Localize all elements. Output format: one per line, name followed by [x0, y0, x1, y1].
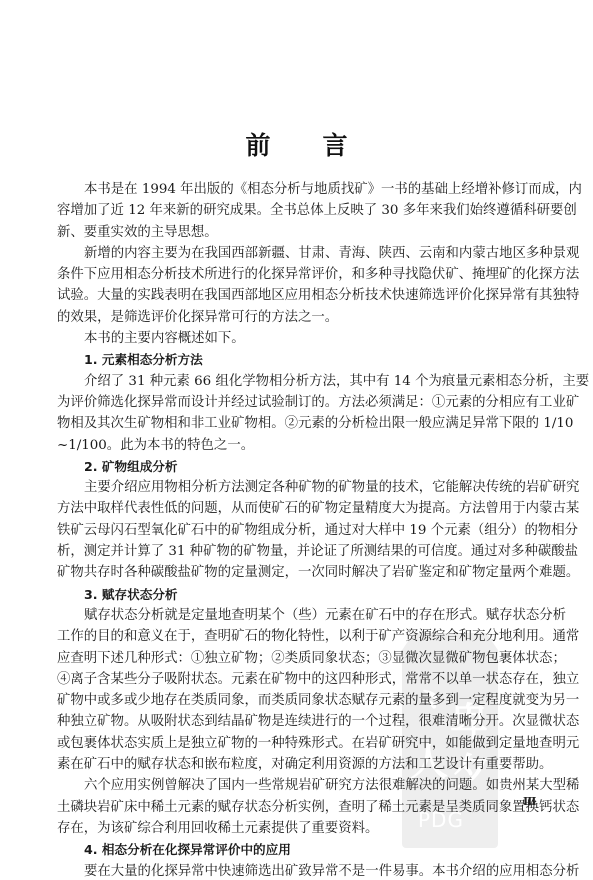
- text-line: 介绍了 31 种元素 66 组化学物相分析方法，其中有 14 个为痕量元素相态分…: [57, 371, 543, 392]
- text-line: 析，测定并计算了 31 种矿物的矿物量，并论证了所测结果的可信度。通过对多种碳酸…: [57, 541, 543, 562]
- text-line: 容增加了近 12 年来新的研究成果。全书总体上反映了 30 多年来我们始终遵循科…: [57, 200, 543, 221]
- section-heading: 2. 矿物组成分析: [57, 456, 543, 477]
- section-heading: 3. 赋存状态分析: [57, 584, 543, 605]
- text-line: 赋存状态分析就是定量地查明某个（些）元素在矿石中的存在形式。赋存状态分析: [57, 605, 543, 626]
- section-text: 主要介绍应用物相分析方法测定各种矿物的矿物量的技术，它能解决传统的岩矿研究方法中…: [57, 477, 543, 583]
- section-3: 3. 赋存状态分析 赋存状态分析就是定量地查明某个（些）元素在矿石中的存在形式。…: [57, 584, 543, 840]
- section-heading: 4. 相态分析在化探异常评价中的应用: [57, 839, 543, 860]
- text-line: 种独立矿物。从吸附状态到结晶矿物是连续进行的一个过程，很难清晰分开。次显微状态: [57, 711, 543, 732]
- text-line: 铁矿云母闪石型氧化矿石中的矿物组成分析，通过对大样中 19 个元素（组分）的物相…: [57, 520, 543, 541]
- text-line: 六个应用实例曾解决了国内一些常规岩矿研究方法很难解决的问题。如贵州某大型稀: [57, 775, 543, 796]
- section-heading: 1. 元素相态分析方法: [57, 349, 543, 370]
- page-title: 前言: [0, 131, 593, 161]
- text-line: 本书是在 1994 年出版的《相态分析与地质找矿》一书的基础上经增补修订而成，内: [57, 179, 543, 200]
- text-line: 矿物共存时各种碳酸盐矿物的定量测定，一次同时解决了岩矿鉴定和矿物定量两个难题。: [57, 562, 543, 583]
- text-line: 素在矿石中的赋存状态和嵌布粒度，对确定利用资源的方法和工艺设计有重要帮助。: [57, 754, 543, 775]
- page-number: Ⅲ: [523, 795, 536, 808]
- intro-paragraphs: 本书是在 1994 年出版的《相态分析与地质找矿》一书的基础上经增补修订而成，内…: [57, 179, 543, 349]
- text-line: 新、要重实效的主导思想。: [57, 222, 543, 243]
- book-page: ⺀ 卑 人 夕 PDG 前言 本书是在 1994 年出版的《相态分析与地质找矿》…: [0, 0, 593, 880]
- text-line: 主要介绍应用物相分析方法测定各种矿物的矿物量的技术，它能解决传统的岩矿研究: [57, 477, 543, 498]
- text-line: 方法中取样代表性低的问题，从而使矿石的矿物定量精度大为提高。方法曾用于内蒙古某: [57, 498, 543, 519]
- section-text: 要在大量的化探异常中快速筛选出矿致异常不是一件易事。本书介绍的应用相态分析: [57, 861, 543, 880]
- section-text: 介绍了 31 种元素 66 组化学物相分析方法，其中有 14 个为痕量元素相态分…: [57, 371, 543, 456]
- preface-body: 本书是在 1994 年出版的《相态分析与地质找矿》一书的基础上经增补修订而成，内…: [57, 179, 543, 880]
- text-line: 物相及其次生矿物相和非工业矿物相。②元素的分析检出限一般应满足异常下限的 1/1…: [57, 413, 543, 434]
- section-2: 2. 矿物组成分析 主要介绍应用物相分析方法测定各种矿物的矿物量的技术，它能解决…: [57, 456, 543, 584]
- section-4: 4. 相态分析在化探异常评价中的应用 要在大量的化探异常中快速筛选出矿致异常不是…: [57, 839, 543, 880]
- text-line: 条件下应用相态分析技术所进行的化探异常评价，和多种寻找隐伏矿、掩埋矿的化探方法: [57, 264, 543, 285]
- text-line: 试验。大量的实践表明在我国西部地区应用相态分析技术快速筛选评价化探异常有其独特: [57, 285, 543, 306]
- section-text: 赋存状态分析就是定量地查明某个（些）元素在矿石中的存在形式。赋存状态分析工作的目…: [57, 605, 543, 839]
- text-line: 本书的主要内容概述如下。: [57, 328, 543, 349]
- section-1: 1. 元素相态分析方法 介绍了 31 种元素 66 组化学物相分析方法，其中有 …: [57, 349, 543, 455]
- text-line: 土磷块岩矿床中稀土元素的赋存状态分析实例，查明了稀土元素是呈类质同象置换钙状态: [57, 797, 543, 818]
- text-line: ~1/100。此为本书的特色之一。: [57, 435, 543, 456]
- text-line: 或包裹体状态实质上是独立矿物的一种特殊形式。在岩矿研究中，如能做到定量地查明元: [57, 733, 543, 754]
- text-line: 的效果，是筛选评价化探异常可行的方法之一。: [57, 307, 543, 328]
- text-line: 矿物中或多或少地存在类质同象，而类质同象状态赋存元素的量多到一定程度就变为另一: [57, 690, 543, 711]
- text-line: 为评价筛选化探异常而设计并经过试验制订的。方法必须满足：①元素的分相应有工业矿: [57, 392, 543, 413]
- text-line: 工作的目的和意义在于，查明矿石的物化特性，以利于矿产资源综合和充分地利用。通常: [57, 626, 543, 647]
- text-line: ④离子含某些分子吸附状态。元素在矿物中的这四种形式，常常不以单一状态存在，独立: [57, 669, 543, 690]
- text-line: 应查明下述几种形式：①独立矿物；②类质同象状态；③显微次显微矿物包裹体状态；: [57, 648, 543, 669]
- text-line: 存在，为该矿综合利用回收稀土元素提供了重要资料。: [57, 818, 543, 839]
- text-line: 要在大量的化探异常中快速筛选出矿致异常不是一件易事。本书介绍的应用相态分析: [57, 861, 543, 880]
- text-line: 新增的内容主要为在我国西部新疆、甘肃、青海、陕西、云南和内蒙古地区多种景观: [57, 243, 543, 264]
